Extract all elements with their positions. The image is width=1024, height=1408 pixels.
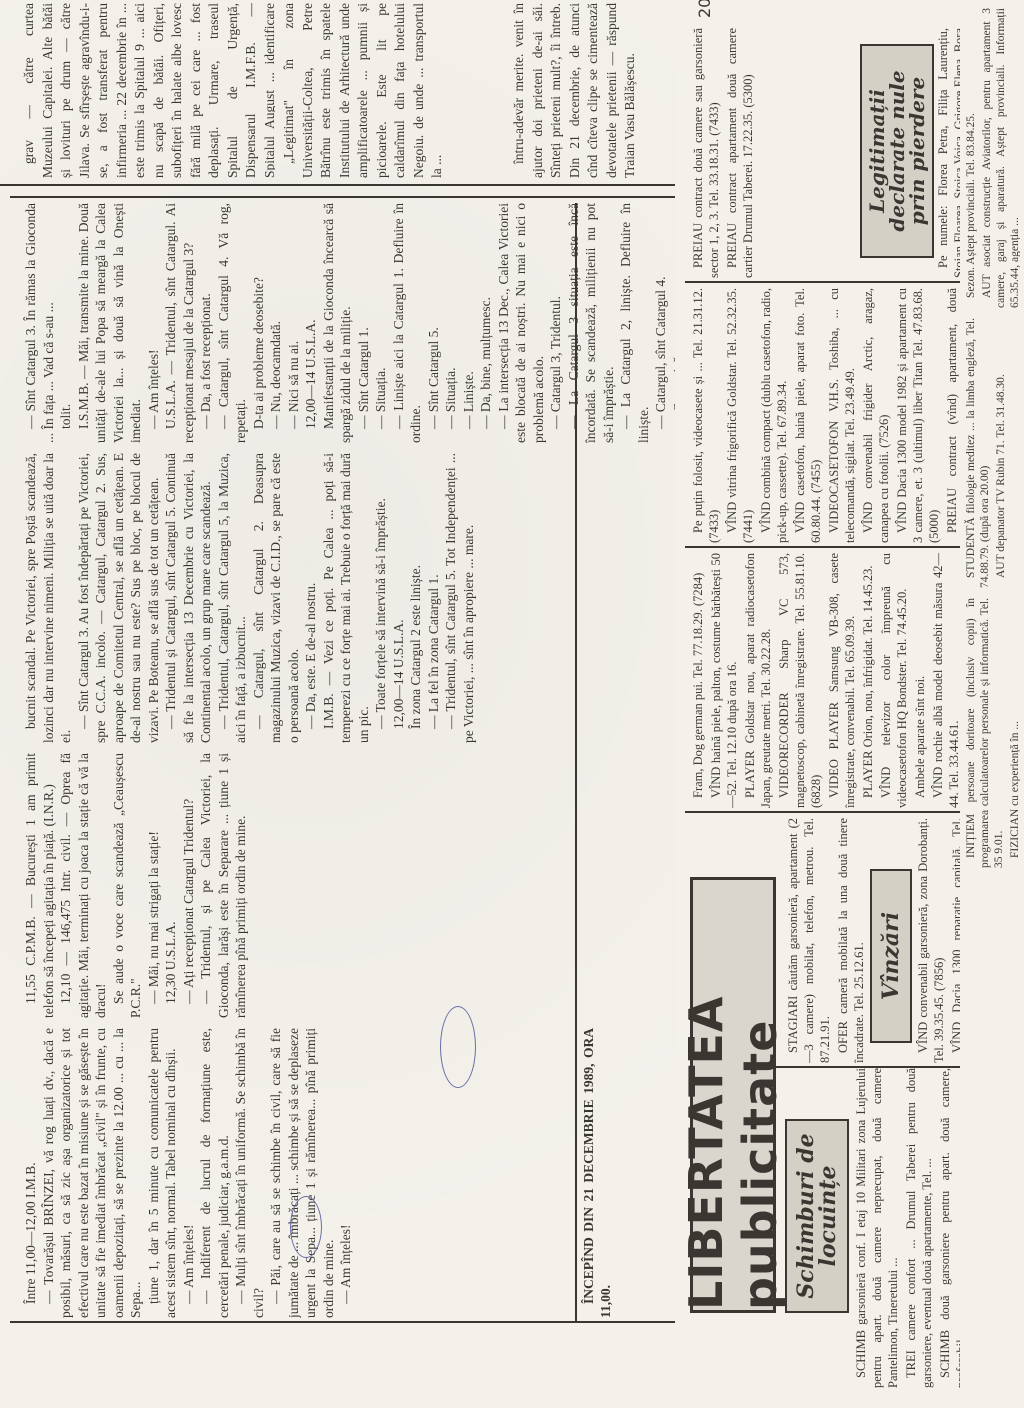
pen-circle-mark — [290, 1196, 322, 1258]
right-article-col3: „Legitimat" în zona Universității-Coltea… — [280, 3, 505, 178]
newspaper-scan: pripit în sala Filarmonicii din Chișinău… — [0, 0, 1024, 1408]
section-label-vinzari: Vînzări — [870, 869, 912, 1043]
misc-ads-3: INIȚIEM persoane doritoare (inclusiv cop… — [964, 598, 1020, 868]
section-label-legitimatii: Legitimații declarate nule prin pierdere — [860, 44, 934, 258]
libertatea-publicitate-banner: LIBERTATEA publicitate — [690, 877, 776, 1313]
main-col-4: — Sînt Catargul 3. În rămas la Gioconda … — [22, 203, 682, 443]
main-intro-block: ÎNCEPÎND DIN 21 DECEMBRIE 1989, ORA 11,0… — [580, 1028, 680, 1318]
misc-ads: Sezon. Aștept provinciali. Tel. 83.84.25… — [964, 8, 1020, 308]
preiau-ads: PREIAU contract două camere sau garsonie… — [690, 28, 855, 278]
page-number: 20 — [695, 0, 714, 18]
right-article-col4: grav — către curtea Muzeului Capitalei. … — [20, 3, 275, 178]
main-col-3: bucnit scandal. Pe Victoriei, spre Poștă… — [22, 453, 682, 743]
section-label-schimburi: Schimburi de locuințe — [785, 1119, 849, 1313]
inchirieri-ads: STAGIARI căutăm garsonieră, apartament (… — [785, 818, 865, 1063]
main-col-1: Între 11,00—12,00 I.M.B. — Tovarășul BRÎ… — [22, 1028, 582, 1318]
misc-ads-2: STUDENTĂ filologie meditez ... la limba … — [964, 318, 1020, 588]
right-margin-strip: Sezon. Aștept provinciali. Tel. 83.84.25… — [960, 0, 1024, 1408]
main-col-2: 11,55 C.P.M.B. — București 1 am primit t… — [22, 753, 682, 1018]
pen-circle-mark — [440, 1006, 476, 1088]
